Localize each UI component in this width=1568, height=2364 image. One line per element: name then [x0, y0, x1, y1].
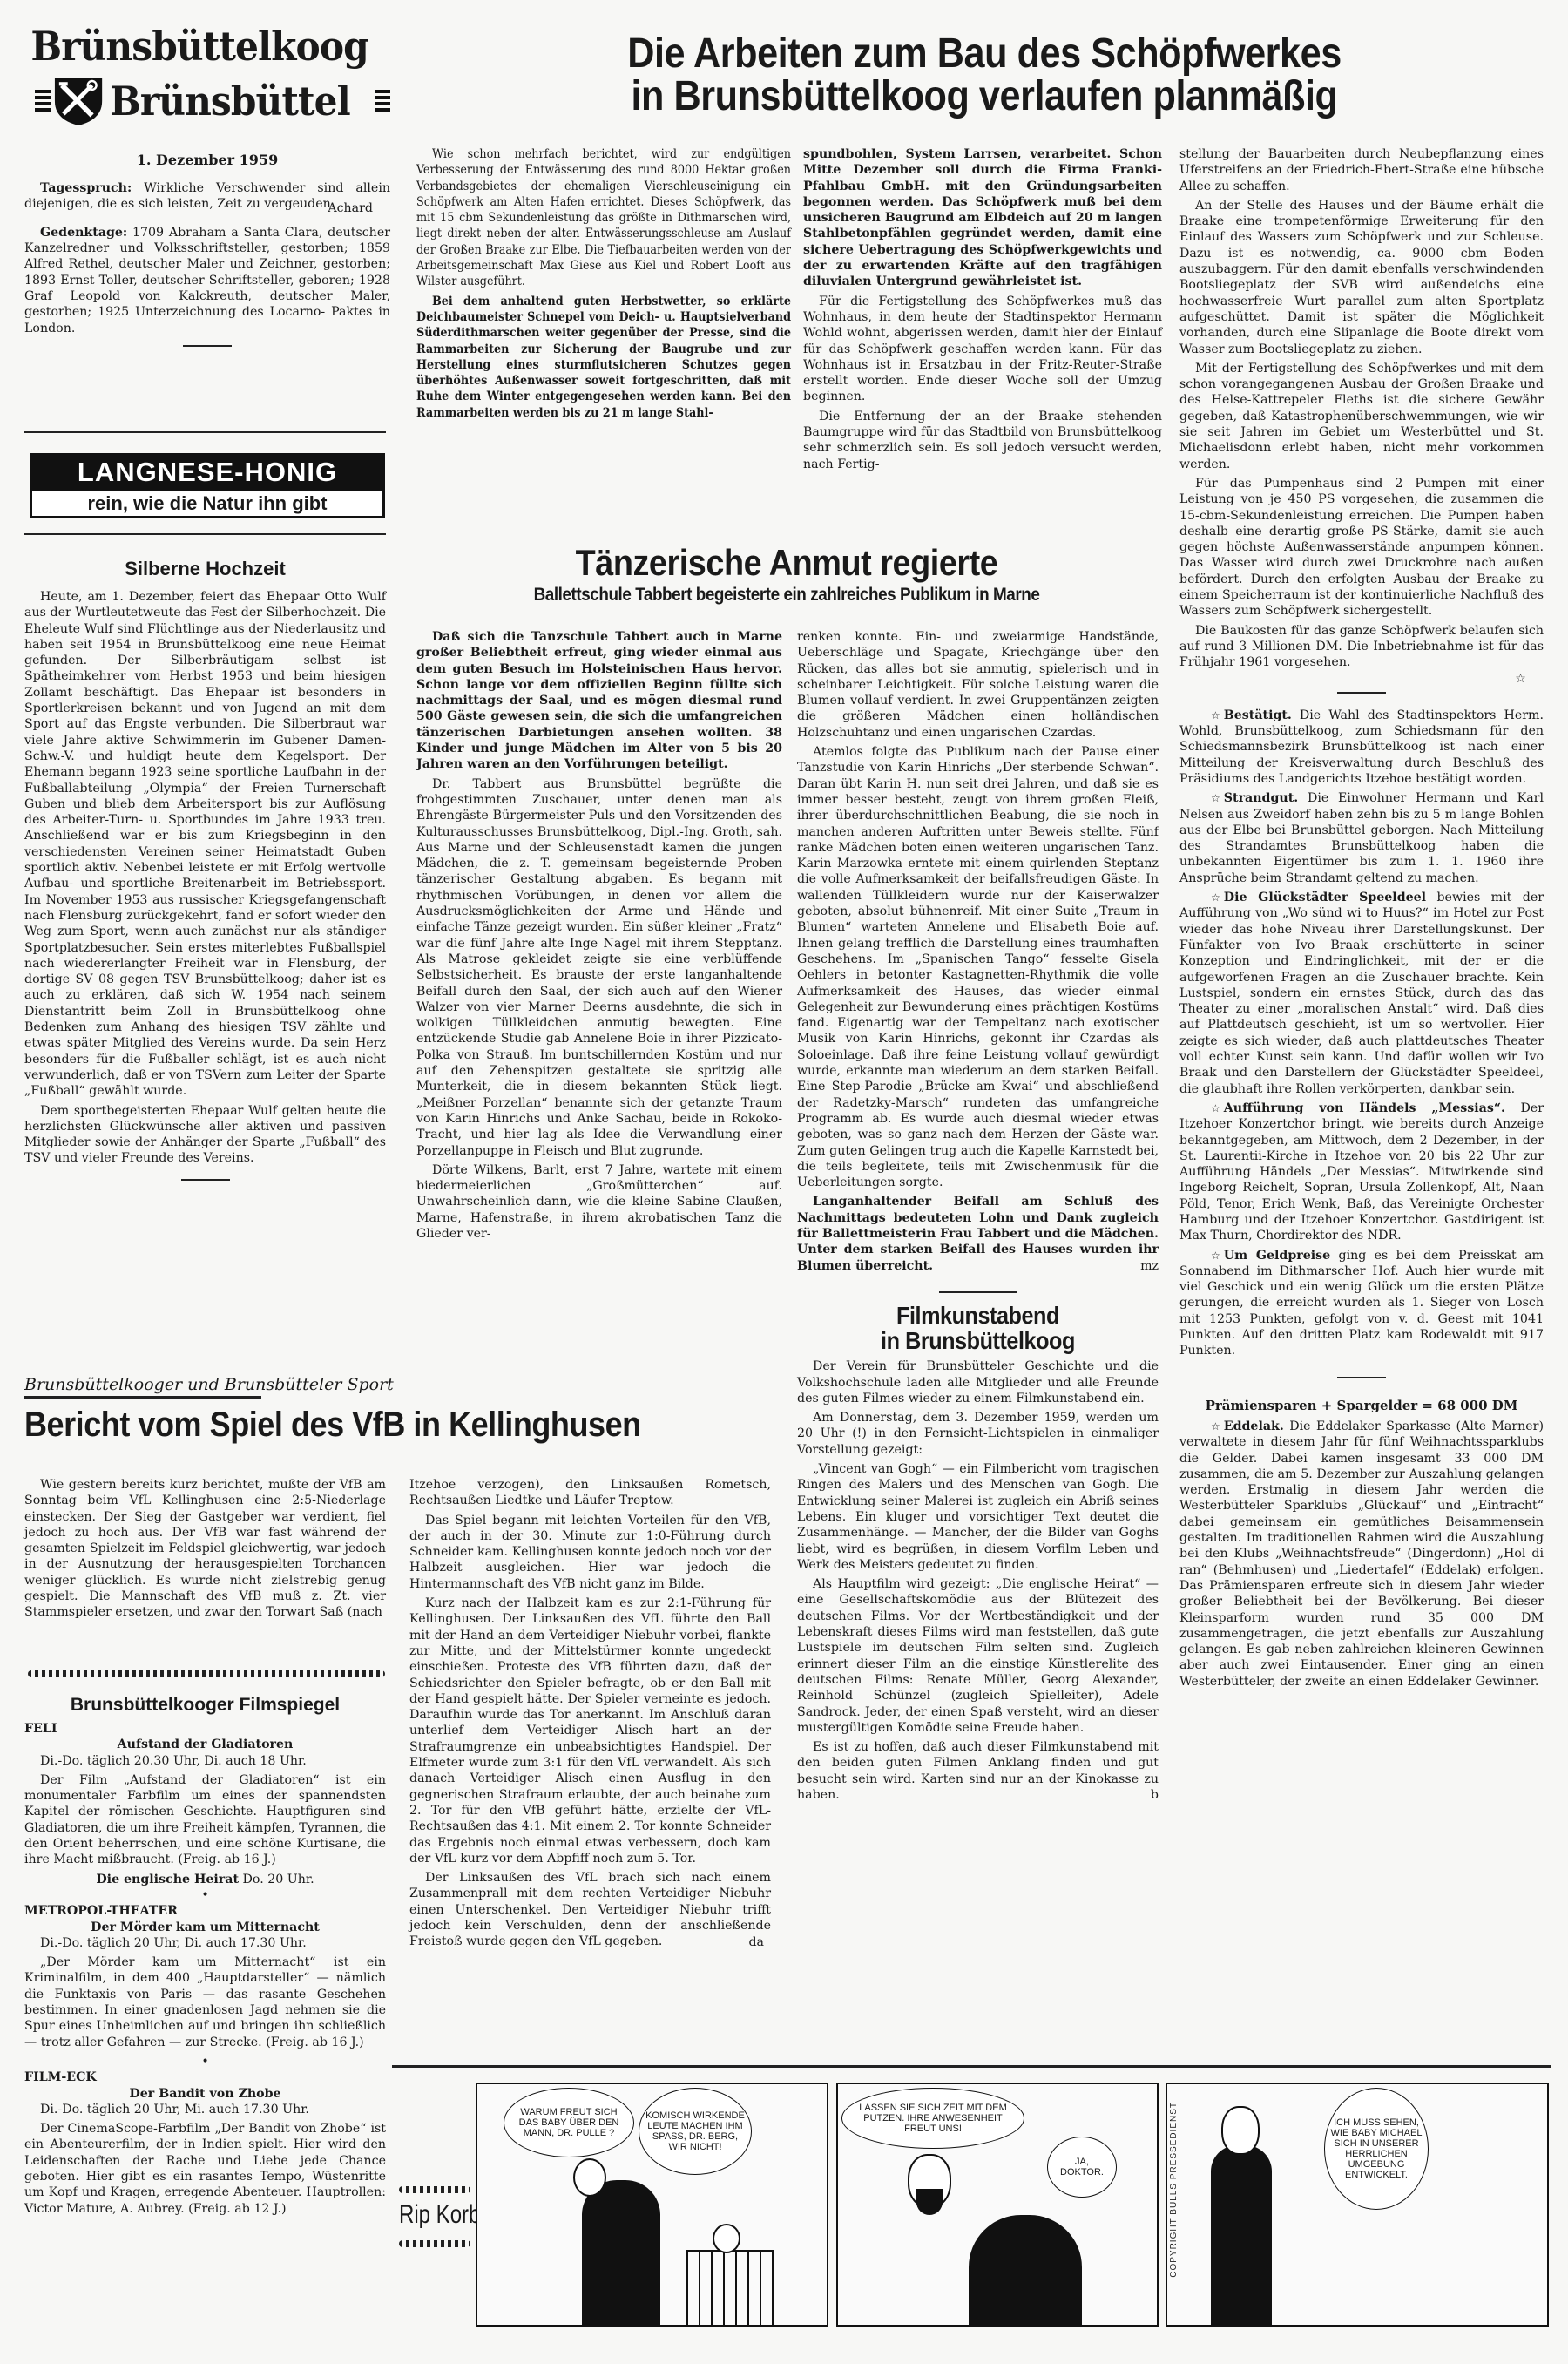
masthead: Brünsbüttelkoog Brünsbüttel 1. Dezember …: [24, 26, 390, 347]
divider: [24, 533, 386, 535]
end-star-icon: ☆: [1179, 671, 1544, 687]
film-title: Der Mörder kam um Mitternacht: [24, 1920, 386, 1935]
star-icon: ☆: [1195, 790, 1220, 806]
taenzerische-col-1: Daß sich die Tanzschule Tabbert auch in …: [416, 629, 782, 1245]
speech-bubble: WARUM FREUT SICH DAS BABY ÜBER DEN MANN,…: [504, 2088, 634, 2157]
cinema-name: FILM-ECK: [24, 2069, 386, 2085]
schoepfwerk-col-2: spundbohlen, System Larrsen, verarbeitet…: [803, 146, 1162, 476]
headline: Silberne Hochzeit: [24, 558, 386, 580]
masthead-title-1: Brünsbüttelkoog: [24, 26, 361, 66]
divider: [24, 431, 386, 433]
speech-bubble: ICH MUSS SEHEN, WIE BABY MICHAEL SICH IN…: [1324, 2088, 1429, 2210]
headline: Tänzerische Anmut regierte: [454, 545, 1120, 582]
ad-slogan: rein, wie die Natur ihn gibt: [32, 489, 382, 516]
star-icon: ☆: [1195, 890, 1220, 905]
star-icon: ☆: [1195, 1101, 1220, 1116]
sport-rubric: Brunsbüttelkooger und Brunsbütteler Spor…: [24, 1375, 261, 1399]
cinema-name: FELI: [24, 1721, 386, 1737]
comic-panel-1: WARUM FREUT SICH DAS BABY ÜBER DEN MANN,…: [476, 2083, 828, 2327]
sport-col-1: Wie gestern bereits kurz berichtet, mußt…: [24, 1477, 386, 1624]
speech-bubble: JA, DOKTOR.: [1047, 2137, 1117, 2198]
gedenktage: Gedenktage: 1709 Abraham a Santa Clara, …: [24, 225, 390, 336]
divider: [183, 345, 232, 347]
comic-panel-2: LASSEN SIE SICH ZEIT MIT DEM PUTZEN. IHR…: [836, 2083, 1159, 2327]
article-silberne-hochzeit: Silberne Hochzeit Heute, am 1. Dezember,…: [24, 558, 386, 1181]
copyright-vertical: COPYRIGHT BULLS PRESSEDIENST: [1169, 2102, 1179, 2278]
issue-date: 1. Dezember 1959: [24, 152, 390, 168]
schoepfwerk-col-3: stellung der Bauarbeiten durch Neubepfla…: [1179, 146, 1544, 1693]
ornamental-divider: [399, 2240, 470, 2247]
subheadline: Ballettschule Tabbert begeisterte ein za…: [454, 586, 1120, 604]
divider: [181, 1179, 230, 1181]
speech-bubble: LASSEN SIE SICH ZEIT MIT DEM PUTZEN. IHR…: [841, 2088, 1024, 2149]
divider: [1337, 1377, 1386, 1378]
divider: [939, 1291, 1017, 1293]
doctor-beard: [916, 2189, 943, 2215]
article-taenzerische-anmut: Tänzerische Anmut regierte Ballettschule…: [416, 545, 1157, 604]
speech-bubble: KOMISCH WIRKENDE LEUTE MACHEN IHM SPASS,…: [639, 2088, 752, 2175]
author-initials: b: [797, 1787, 1159, 1803]
article-schoepfwerk-headline: Die Arbeiten zum Bau des Schöpfwerkes in…: [490, 33, 1478, 119]
comic-strip: Rip Korby WARUM FREUT SICH DAS BABY ÜBER…: [392, 2078, 1559, 2340]
character-figure: [582, 2180, 660, 2327]
article-filmspiegel: Brunsbüttelkooger Filmspiegel FELI Aufst…: [24, 1695, 386, 2220]
praemien-headline: Prämiensparen + Spargelder = 68 000 DM: [1179, 1398, 1544, 1413]
star-icon: ☆: [1195, 708, 1220, 723]
character-head: [573, 2158, 606, 2197]
taenzerische-col-2: renken konnte. Ein- und zweiarmige Hands…: [797, 629, 1159, 1804]
film-title: Aufstand der Gladiatoren: [24, 1737, 386, 1752]
divider: [1337, 692, 1386, 694]
tagesspruch-label: Tagesspruch:: [40, 181, 132, 195]
baby-crib: [686, 2250, 774, 2327]
coat-of-arms-icon: [51, 70, 106, 132]
masthead-title-2: Brünsbüttel: [110, 81, 350, 121]
star-icon: ☆: [1195, 1419, 1220, 1434]
ornamental-divider: [399, 2186, 470, 2193]
headline: Brunsbüttelkooger Filmspiegel: [24, 1695, 386, 1716]
ornamental-divider: [28, 1670, 385, 1677]
man-figure: [1211, 2145, 1272, 2327]
banner-right-ribbon: [375, 90, 390, 112]
comic-panel-3: COPYRIGHT BULLS PRESSEDIENST ICH MUSS SE…: [1166, 2083, 1549, 2327]
ad-brand: LANGNESE-HONIG: [32, 456, 382, 489]
langnese-honig-ad: LANGNESE-HONIG rein, wie die Natur ihn g…: [30, 453, 385, 518]
banner-left-ribbon: [35, 90, 51, 112]
cleaning-woman-figure: [969, 2215, 1082, 2327]
sport-col-2: Itzehoe verzogen), den Linksaußen Romets…: [409, 1477, 771, 1950]
schoepfwerk-col-1: Wie schon mehrfach berichtet, wird zur e…: [416, 146, 791, 424]
article-sport: Brunsbüttelkooger und Brunsbütteler Spor…: [24, 1375, 782, 1443]
headline: Bericht vom Spiel des VfB in Kellinghuse…: [24, 1407, 706, 1443]
film-title: Der Bandit von Zhobe: [24, 2086, 386, 2102]
cinema-name: METROPOL-THEATER: [24, 1903, 386, 1919]
man-head: [1221, 2106, 1260, 2155]
tagesspruch: Tagesspruch: Wirkliche Verschwender sind…: [24, 180, 390, 216]
baby-head: [713, 2224, 740, 2253]
divider: [392, 2065, 1551, 2068]
star-icon: ☆: [1195, 1248, 1220, 1263]
filmkunst-headline: Filmkunstabend in Brunsbüttelkoog: [815, 1304, 1141, 1353]
